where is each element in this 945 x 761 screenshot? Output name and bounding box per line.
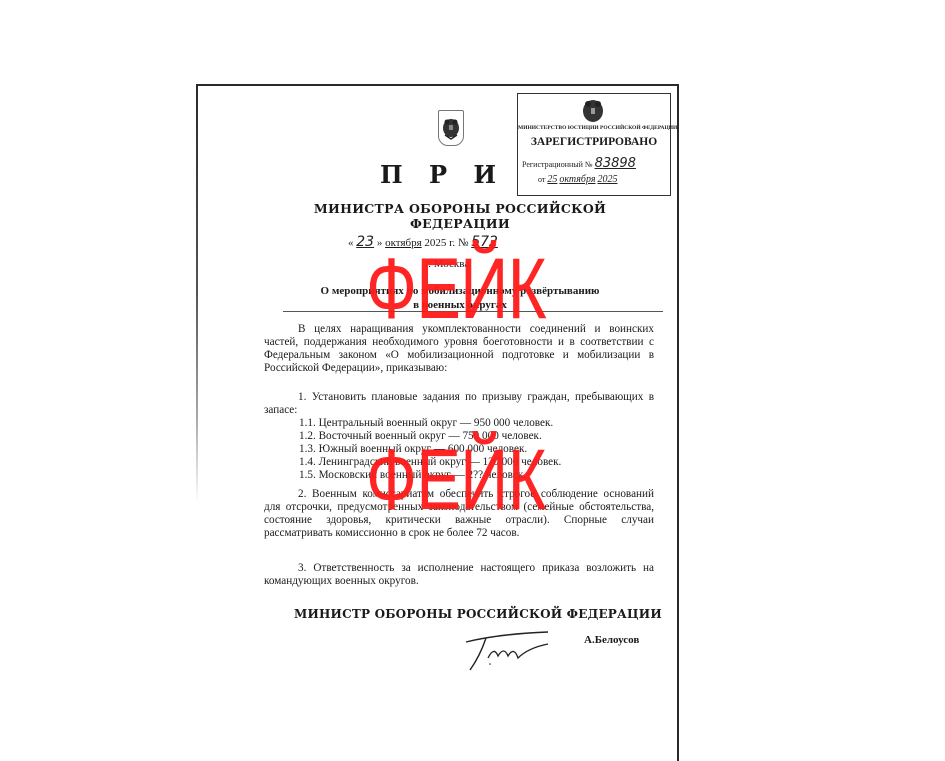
stamp-registration-line: Регистрационный № 83898 — [522, 156, 636, 171]
stamp-ministry: МИНИСТЕРСТВО ЮСТИЦИИ РОССИЙСКОЙ ФЕДЕРАЦИ… — [518, 125, 670, 131]
stamp-reg-number: 83898 — [595, 156, 636, 171]
stamp-date-day: 25 — [547, 174, 557, 185]
stamp-date-month: октября — [559, 174, 595, 185]
stamp-reg-label: Регистрационный № — [522, 160, 593, 169]
subitem: 1.1. Центральный военный округ — 950 000… — [264, 417, 654, 430]
registration-stamp: МИНИСТЕРСТВО ЮСТИЦИИ РОССИЙСКОЙ ФЕДЕРАЦИ… — [517, 93, 671, 196]
russian-coat-of-arms-icon — [438, 110, 464, 146]
fake-watermark: ФЕЙК — [366, 437, 546, 523]
stamp-date-line: от 25 октября 2025 — [538, 174, 617, 185]
stamp-coat-of-arms-icon — [580, 97, 606, 123]
stamp-date-year: 2025 — [597, 174, 617, 185]
minister-title: МИНИСТР ОБОРОНЫ РОССИЙСКОЙ ФЕДЕРАЦИИ — [294, 607, 662, 621]
signer-name: А.Белоусов — [584, 634, 639, 646]
stamp-date-prefix: от — [538, 175, 545, 184]
item-1: 1. Установить плановые задания по призыв… — [264, 391, 654, 417]
fake-watermark: ФЕЙК — [366, 246, 546, 332]
document-subtitle: МИНИСТРА ОБОРОНЫ РОССИЙСКОЙ ФЕДЕРАЦИИ — [290, 201, 630, 231]
stamp-status: ЗАРЕГИСТРИРОВАНО — [518, 136, 670, 148]
document-page-left-edge — [196, 84, 198, 504]
quote-open: « — [348, 237, 354, 249]
handwritten-signature-icon — [458, 628, 558, 676]
item-3: 3. Ответственность за исполнение настоящ… — [264, 562, 654, 588]
